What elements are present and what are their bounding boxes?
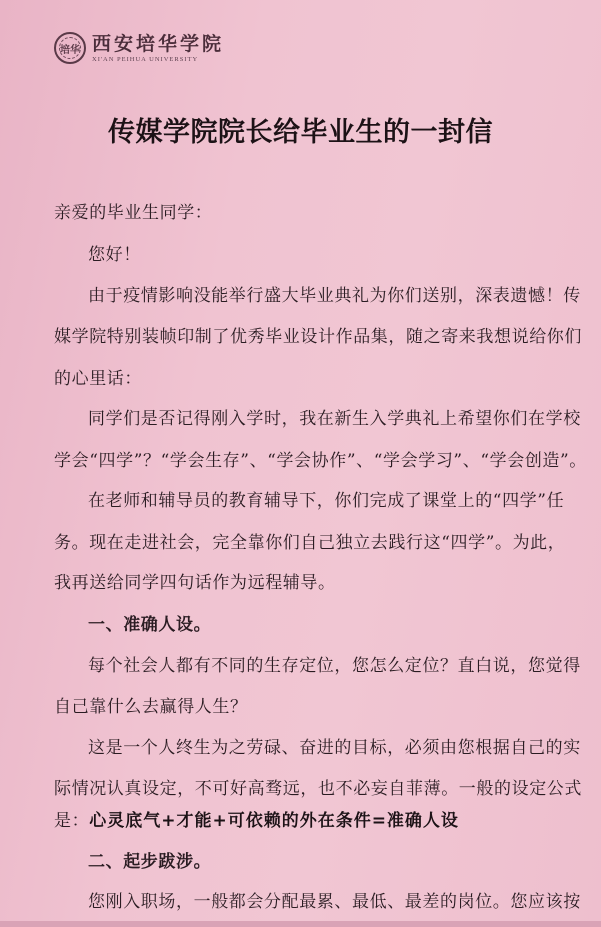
formula-text: 心灵底气+才能+可依赖的外在条件=准确人设	[89, 811, 459, 831]
paragraph-line: 同学们是否记得刚入学时，我在新生入学典礼上希望你们在学校	[88, 404, 581, 429]
school-name: 西安培华学院 XI'AN PEIHUA UNIVERSITY	[92, 33, 224, 63]
formula-prefix: 是：	[54, 811, 89, 831]
school-name-cn: 西安培华学院	[92, 33, 224, 55]
letter-page: 培华 西安培华学院 XI'AN PEIHUA UNIVERSITY 传媒学院院长…	[0, 0, 601, 927]
school-name-en: XI'AN PEIHUA UNIVERSITY	[92, 56, 224, 63]
paragraph-line: 每个社会人都有不同的生存定位，您怎么定位？直白说，您觉得	[88, 651, 581, 676]
paragraph-line: 在老师和辅导员的教育辅导下，你们完成了课堂上的“四学”任	[88, 486, 564, 511]
paragraph-line: 我再送给同学四句话作为远程辅导。	[54, 568, 336, 593]
seal-text: 培华	[60, 41, 80, 56]
salutation: 亲爱的毕业生同学：	[54, 198, 212, 223]
paragraph-line: 自己靠什么去赢得人生？	[54, 692, 248, 717]
formula-line: 是：心灵底气+才能+可依赖的外在条件=准确人设	[54, 806, 459, 831]
paragraph-line: 学会“四学”？“学会生存”、“学会协作”、“学会学习”、“学会创造”。	[54, 446, 587, 471]
paragraph-line: 由于疫情影响没能举行盛大毕业典礼为你们送别，深表遗憾！传	[88, 281, 581, 306]
section-heading-2: 二、起步跋涉。	[88, 847, 211, 872]
paper-edge	[0, 921, 601, 927]
paragraph-line: 这是一个人终生为之劳碌、奋进的目标，必须由您根据自己的实	[88, 733, 581, 758]
paragraph-line: 的心里话：	[54, 364, 142, 389]
section-heading-1: 一、准确人设。	[88, 610, 211, 635]
paragraph-line: 您刚入职场，一般都会分配最累、最低、最差的岗位。您应该按	[88, 887, 581, 912]
paragraph-line: 媒学院特别装帧印制了优秀毕业设计作品集，随之寄来我想说给你们	[54, 322, 582, 347]
paragraph-line: 际情况认真设定，不可好高骛远，也不必妄自菲薄。一般的设定公式	[54, 774, 582, 799]
greeting: 您好！	[88, 240, 141, 265]
school-logo: 培华 西安培华学院 XI'AN PEIHUA UNIVERSITY	[54, 32, 224, 64]
paragraph-line: 务。现在走进社会，完全靠你们自己独立去践行这“四学”。为此，	[54, 528, 565, 553]
letter-title: 传媒学院院长给毕业生的一封信	[0, 110, 601, 149]
school-seal-icon: 培华	[54, 32, 86, 64]
